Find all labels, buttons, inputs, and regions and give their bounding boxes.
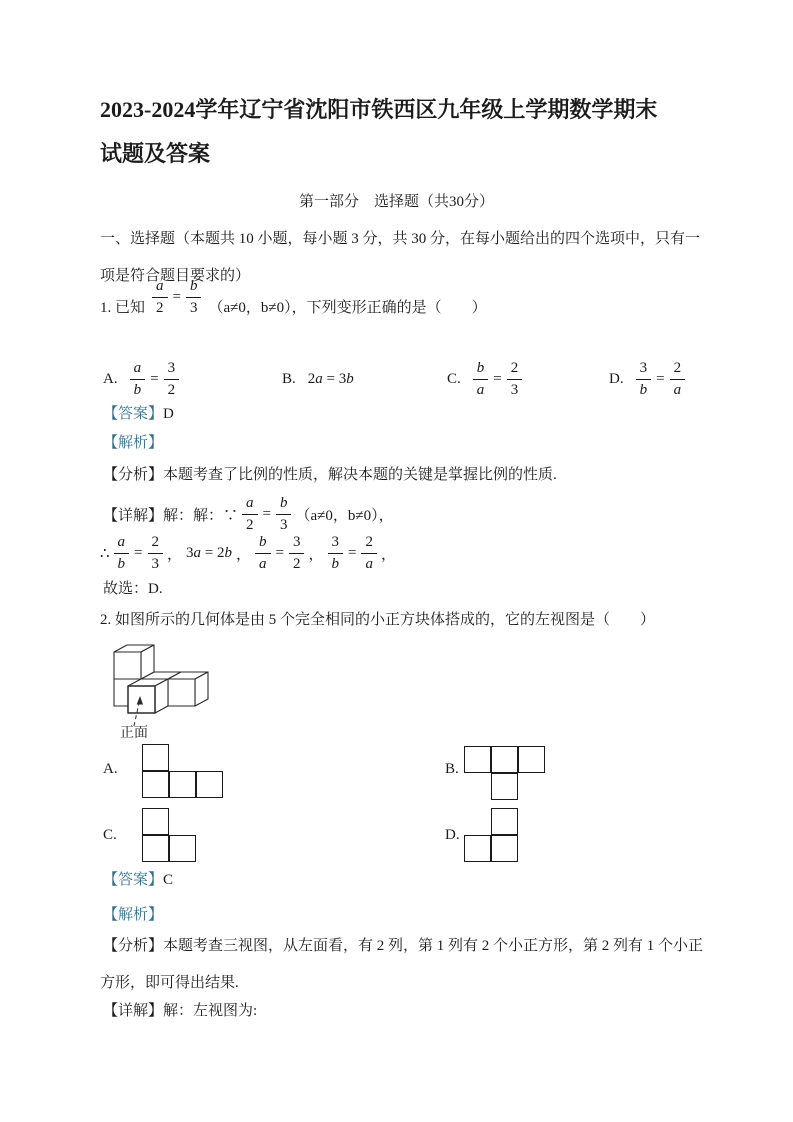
q1-option-a: A. ab = 32: [103, 356, 179, 402]
cube-front-face: [168, 679, 195, 706]
square-cell: [518, 746, 545, 773]
q2-fenxi-line-2: 方形，即可得出结果.: [100, 973, 740, 993]
fraction: 23: [148, 533, 164, 574]
front-face-label: 正面: [120, 725, 148, 740]
q1-option-c: C. ba = 23: [447, 356, 522, 402]
comma: ，: [308, 543, 323, 564]
equals-sign: =: [134, 545, 142, 562]
variable: b: [346, 371, 354, 387]
denominator: 3: [148, 554, 164, 574]
numerator: 3: [328, 533, 344, 554]
cube-stack-figure: 正面: [104, 634, 254, 740]
square-cell: [169, 771, 196, 798]
equals-part: = 3: [323, 371, 346, 387]
page-title: 2023-2024学年辽宁省沈阳市铁西区九年级上学期数学期末 试题及答案: [100, 88, 725, 176]
fraction: 3b: [328, 533, 344, 574]
denominator: b: [328, 554, 344, 574]
square-cell: [196, 771, 223, 798]
coefficient: 3: [186, 545, 194, 561]
numerator: a: [130, 359, 146, 380]
square-cell: [142, 808, 169, 835]
fraction: a2: [242, 494, 258, 535]
denominator: 3: [507, 380, 523, 400]
numerator: a: [152, 277, 168, 298]
q1-answer-line: 【答案】D: [103, 404, 174, 424]
fraction: ba: [255, 533, 271, 574]
square-cell: [491, 808, 518, 835]
section-header: 第一部分 选择题（共30分）: [0, 190, 793, 211]
fraction: 3b: [636, 359, 652, 400]
equals-part: = 2: [201, 545, 224, 561]
question-2-stem: 2. 如图所示的几何体是由 5 个完全相同的小正方块体搭成的，它的左视图是（ ）: [100, 610, 730, 630]
detail-equation: 3b = 2a: [328, 533, 377, 574]
comma: ，: [236, 543, 251, 564]
denominator: 3: [186, 298, 202, 318]
intro-line-1: 一、选择题（本题共 10 小题，每小题 3 分，共 30 分，在每小题给出的四个…: [100, 221, 715, 258]
equals-sign: =: [173, 289, 181, 306]
option-label: A.: [103, 371, 118, 388]
numerator: a: [114, 533, 130, 554]
numerator: 2: [148, 533, 164, 554]
variable: b: [225, 545, 233, 561]
option-equation: ab = 32: [130, 359, 179, 400]
denominator: 2: [164, 380, 180, 400]
comma: ，: [167, 543, 182, 564]
denominator: a: [670, 380, 686, 400]
square-cell: [142, 744, 169, 771]
numerator: 3: [289, 533, 305, 554]
option-label: D.: [609, 371, 624, 388]
title-line-2: 试题及答案: [100, 132, 725, 176]
numerator: 3: [636, 359, 652, 380]
view-diagram-b: [464, 746, 545, 800]
q1-fenxi: 【分析】本题考查了比例的性质，解决本题的关键是掌握比例的性质.: [103, 465, 733, 485]
detail-prefix: 【详解】解：解：∵: [103, 504, 238, 525]
option-equation: 3b = 2a: [636, 359, 685, 400]
square-cell: [464, 746, 491, 773]
denominator: b: [130, 380, 146, 400]
question-1-stem: 1. 已知 a2 = b3 （a≠0，b≠0），下列变形正确的是（ ）: [100, 276, 487, 318]
detail-equation: a2 = b3: [242, 494, 291, 535]
view-diagram-c: [142, 808, 196, 862]
fraction: ab: [130, 359, 146, 400]
q2-detail: 【详解】解：左视图为:: [103, 1001, 257, 1021]
given-equation: a2 = b3: [152, 277, 201, 318]
answer-label: 【答案】: [103, 872, 163, 888]
denominator: 2: [289, 554, 305, 574]
denominator: 2: [152, 298, 168, 318]
square-cell: [142, 771, 169, 798]
q1-option-b: B. 2a = 3b: [282, 356, 354, 402]
denominator: a: [361, 554, 377, 574]
q2-answer-line: 【答案】C: [103, 870, 173, 890]
equals-sign: =: [263, 506, 271, 523]
numerator: b: [186, 277, 202, 298]
question-1-condition: （a≠0，b≠0），下列变形正确的是（ ）: [208, 296, 486, 318]
numerator: a: [242, 494, 258, 515]
view-diagram-a: [142, 744, 223, 798]
view-diagram-d: [464, 808, 518, 862]
equals-sign: =: [150, 371, 158, 388]
q2-fenxi-line-1: 【分析】本题考查三视图，从左面看，有 2 列，第 1 列有 2 个小正方形，第 …: [103, 936, 743, 956]
fraction: a2: [152, 277, 168, 318]
cube-front-face: [114, 652, 141, 679]
fraction: 2a: [670, 359, 686, 400]
q1-analysis-label: 【解析】: [103, 433, 163, 453]
fraction: 23: [507, 359, 523, 400]
option-equation: ba = 23: [473, 359, 522, 400]
numerator: b: [255, 533, 271, 554]
equals-sign: =: [493, 371, 501, 388]
square-cell: [491, 835, 518, 862]
fraction: 2a: [361, 533, 377, 574]
detail-equation: ab = 23: [114, 533, 163, 574]
fraction: 32: [289, 533, 305, 574]
q2-option-c-label: C.: [103, 827, 117, 844]
q1-detail-line-2: ∴ ab = 23 ， 3a = 2b ， ba = 32 ， 3b = 2a …: [100, 531, 396, 575]
square-cell: [491, 746, 518, 773]
square-cell: [464, 835, 491, 862]
q1-conclusion: 故选：D.: [103, 579, 163, 599]
variable: a: [194, 545, 202, 561]
square-cell: [169, 835, 196, 862]
comma: ，: [381, 543, 396, 564]
fraction: b3: [276, 494, 292, 535]
title-line-1: 2023-2024学年辽宁省沈阳市铁西区九年级上学期数学期末: [100, 88, 725, 132]
numerator: 2: [670, 359, 686, 380]
denominator: a: [255, 554, 271, 574]
denominator: b: [114, 554, 130, 574]
q2-option-d-label: D.: [445, 827, 460, 844]
q1-option-d: D. 3b = 2a: [609, 356, 685, 402]
q1-detail-line-1: 【详解】解：解：∵ a2 = b3 （a≠0，b≠0），: [103, 492, 394, 536]
square-cell: [142, 835, 169, 862]
numerator: b: [276, 494, 292, 515]
square-cell: [491, 773, 518, 800]
numerator: b: [473, 359, 489, 380]
therefore-sign: ∴: [100, 544, 110, 563]
denominator: b: [636, 380, 652, 400]
detail-equation: ba = 32: [255, 533, 304, 574]
detail-suffix: （a≠0，b≠0），: [295, 504, 393, 525]
q2-option-b-label: B.: [445, 761, 459, 778]
fraction: ab: [114, 533, 130, 574]
option-label: C.: [447, 371, 461, 388]
option-expression: 2a = 3b: [308, 371, 354, 388]
variable: a: [315, 371, 323, 387]
answer-value: D: [163, 406, 174, 422]
q2-option-a-label: A.: [103, 761, 118, 778]
exam-document-page: 2023-2024学年辽宁省沈阳市铁西区九年级上学期数学期末 试题及答案 第一部…: [0, 0, 793, 1122]
denominator: a: [473, 380, 489, 400]
fraction: ba: [473, 359, 489, 400]
option-label: B.: [282, 371, 296, 388]
cube-front-face: [128, 686, 155, 713]
numerator: 2: [507, 359, 523, 380]
numerator: 3: [164, 359, 180, 380]
numerator: 2: [361, 533, 377, 554]
answer-label: 【答案】: [103, 406, 163, 422]
fraction: b3: [186, 277, 202, 318]
answer-value: C: [163, 872, 173, 888]
question-1-number: 1. 已知: [100, 296, 145, 318]
q2-analysis-label: 【解析】: [103, 905, 163, 925]
equals-sign: =: [276, 545, 284, 562]
equals-sign: =: [348, 545, 356, 562]
equals-sign: =: [656, 371, 664, 388]
detail-expression: 3a = 2b: [186, 545, 232, 562]
fraction: 32: [164, 359, 180, 400]
